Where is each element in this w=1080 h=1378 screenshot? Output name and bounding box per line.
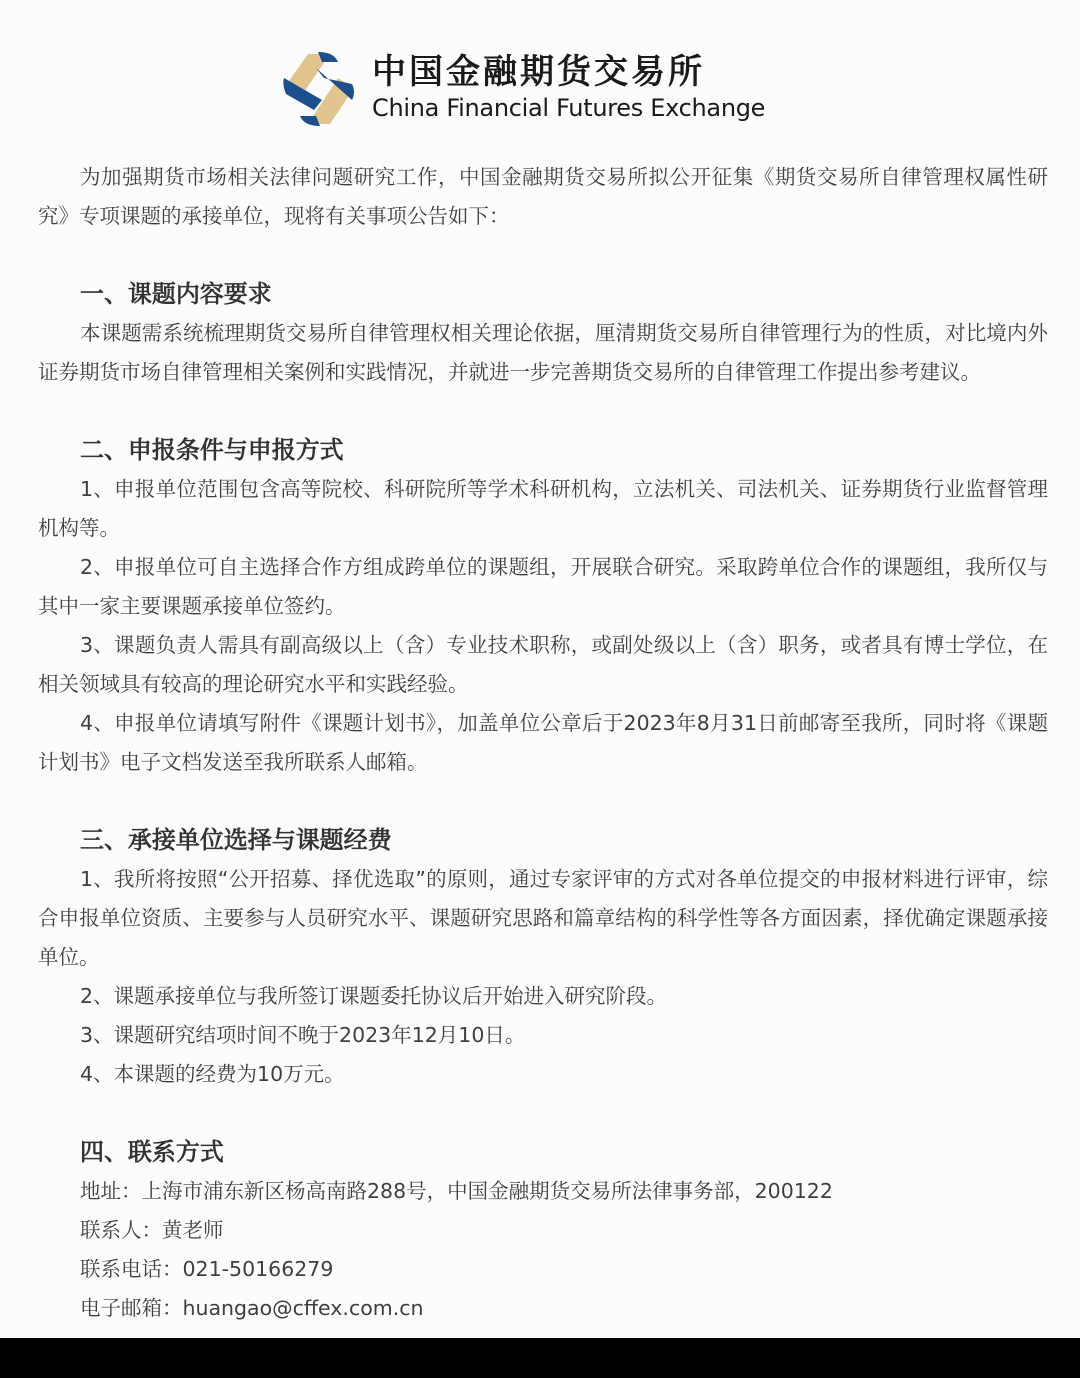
contact-person: 联系人：黄老师 bbox=[38, 1211, 1048, 1250]
contact-email: 电子邮箱：huangao@cffex.com.cn bbox=[38, 1289, 1048, 1328]
bottom-black-bar bbox=[0, 1338, 1080, 1378]
contact-phone: 联系电话：021-50166279 bbox=[38, 1250, 1048, 1289]
section-heading-application-conditions: 二、申报条件与申报方式 bbox=[38, 431, 1048, 470]
contact-address: 地址：上海市浦东新区杨高南路288号，中国金融期货交易所法律事务部，200122 bbox=[38, 1172, 1048, 1211]
section-paragraph: 4、本课题的经费为10万元。 bbox=[38, 1055, 1048, 1094]
section-paragraph: 1、我所将按照“公开招募、择优选取”的原则，通过专家评审的方式对各单位提交的申报… bbox=[38, 860, 1048, 977]
section-paragraph: 本课题需系统梳理期货交易所自律管理权相关理论依据，厘清期货交易所自律管理行为的性… bbox=[38, 314, 1048, 392]
section-paragraph: 3、课题研究结项时间不晚于2023年12月10日。 bbox=[38, 1016, 1048, 1055]
logo-chinese-name: 中国金融期货交易所 bbox=[372, 52, 705, 92]
document-page: 中国金融期货交易所 China Financial Futures Exchan… bbox=[0, 0, 1080, 1338]
section-paragraph: 2、课题承接单位与我所签订课题委托协议后开始进入研究阶段。 bbox=[38, 977, 1048, 1016]
intro-paragraph: 为加强期货市场相关法律问题研究工作，中国金融期货交易所拟公开征集《期货交易所自律… bbox=[38, 158, 1048, 236]
section-paragraph: 3、课题负责人需具有副高级以上（含）专业技术职称，或副处级以上（含）职务，或者具… bbox=[38, 626, 1048, 704]
logo-english-name: China Financial Futures Exchange bbox=[372, 94, 765, 122]
section-paragraph: 2、申报单位可自主选择合作方组成跨单位的课题组，开展联合研究。采取跨单位合作的课… bbox=[38, 548, 1048, 626]
announcement-body: 为加强期货市场相关法律问题研究工作，中国金融期货交易所拟公开征集《期货交易所自律… bbox=[38, 158, 1048, 1328]
section-heading-selection-and-funding: 三、承接单位选择与课题经费 bbox=[38, 821, 1048, 860]
cffex-logo: 中国金融期货交易所 China Financial Futures Exchan… bbox=[278, 48, 788, 130]
section-paragraph: 1、申报单位范围包含高等院校、科研院所等学术科研机构，立法机关、司法机关、证券期… bbox=[38, 470, 1048, 548]
section-paragraph: 4、申报单位请填写附件《课题计划书》，加盖单位公章后于2023年8月31日前邮寄… bbox=[38, 704, 1048, 782]
section-heading-contact: 四、联系方式 bbox=[38, 1133, 1048, 1172]
section-heading-content-requirements: 一、课题内容要求 bbox=[38, 275, 1048, 314]
cffex-logo-mark-icon bbox=[278, 48, 360, 130]
